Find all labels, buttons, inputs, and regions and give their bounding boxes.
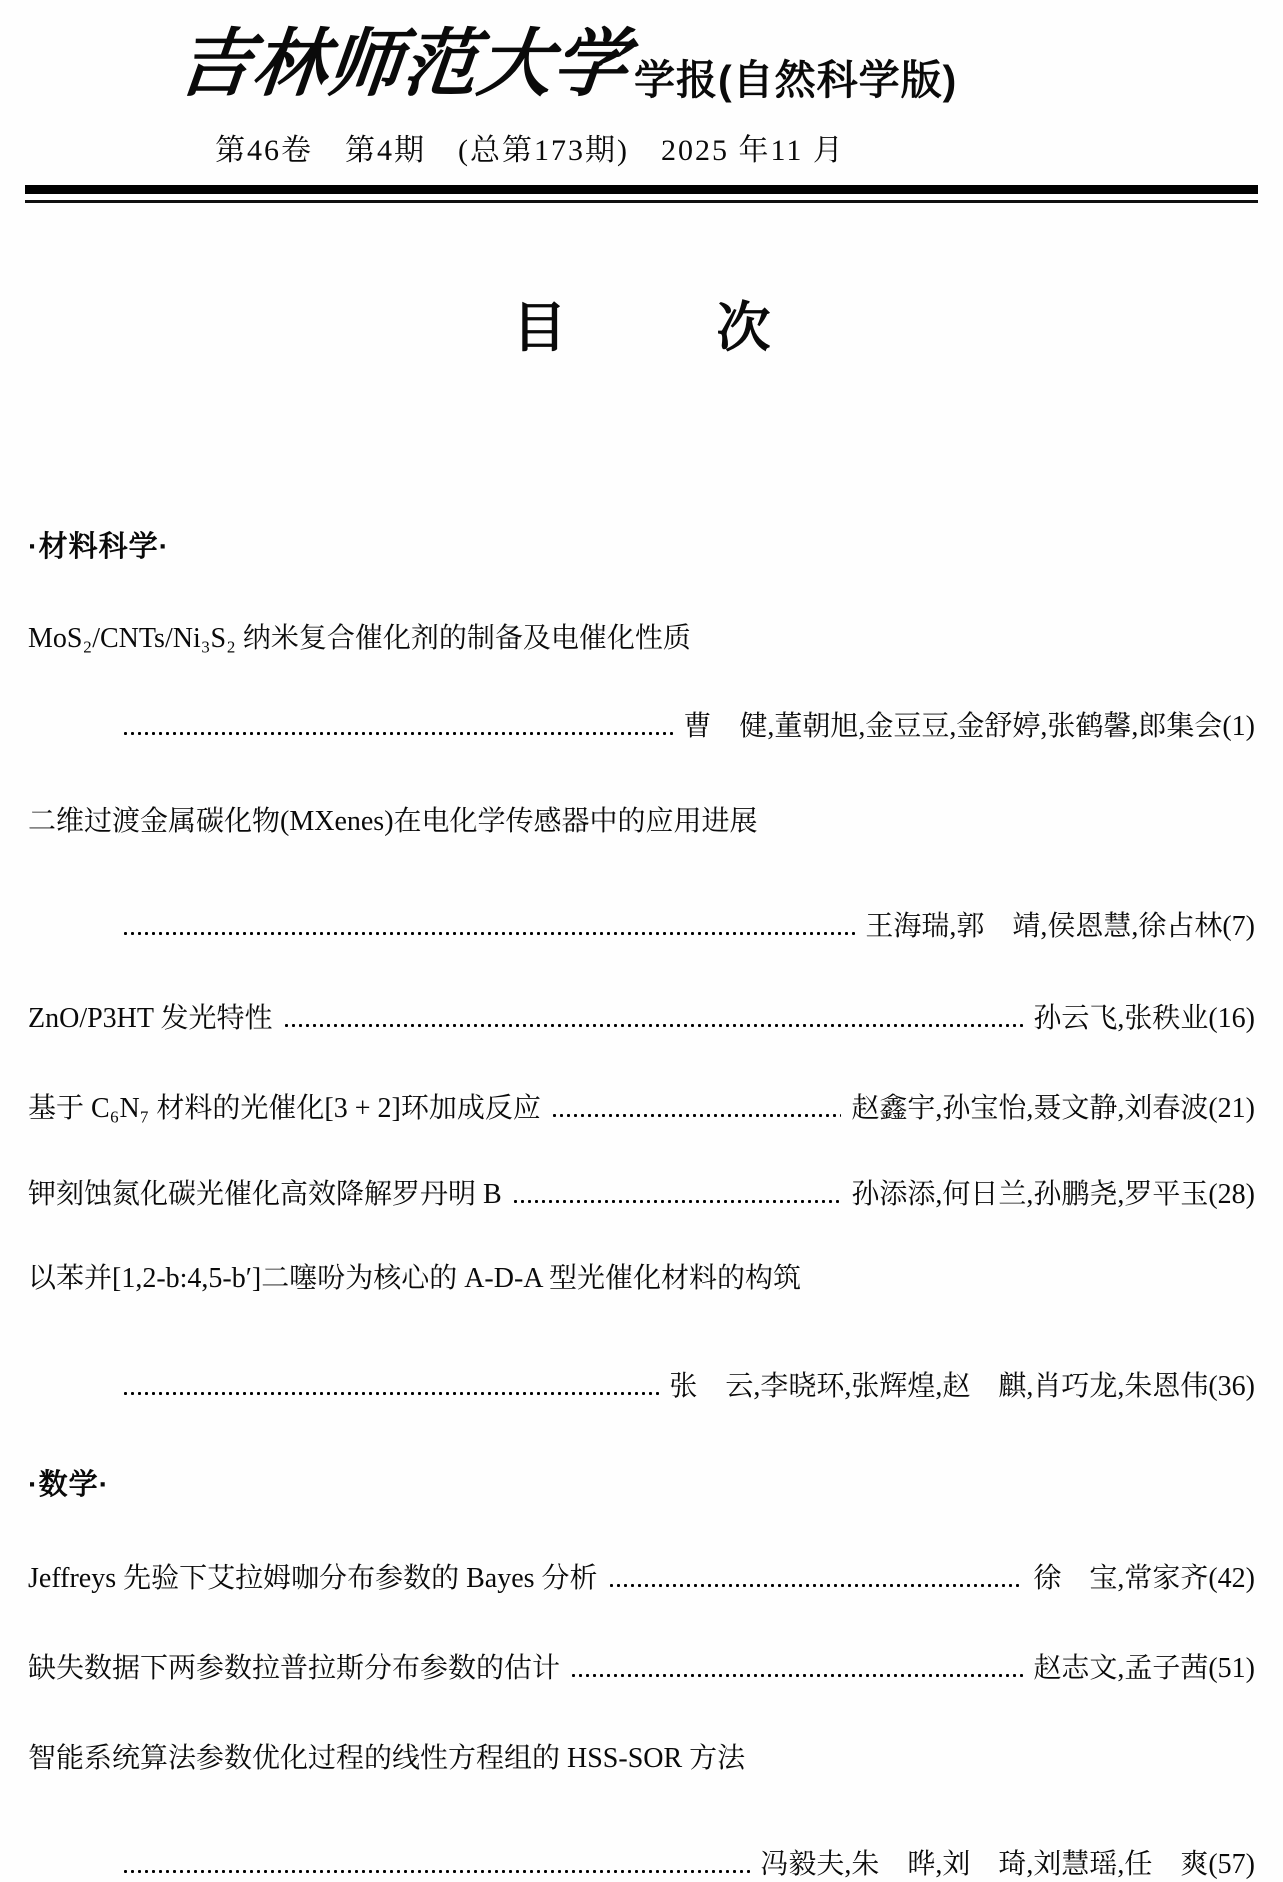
toc-entry-page: (36)	[1208, 1371, 1255, 1402]
authors-text: 孙云飞,张秩业	[1033, 1003, 1208, 1034]
toc-entry-title-text: 钾刻蚀氮化碳光催化高效降解罗丹明 B	[28, 1174, 502, 1216]
toc-entry-authors-line: 王海瑞,郭 靖,侯恩慧,徐占林(7)	[28, 906, 1255, 948]
toc-entry-authors: 王海瑞,郭 靖,侯恩慧,徐占林(7)	[865, 906, 1255, 948]
toc-entry: Jeffreys 先验下艾拉姆咖分布参数的 Bayes 分析 徐 宝,常家齐(4…	[28, 1558, 1255, 1600]
divider-thick-rule	[25, 185, 1258, 194]
dot-leader	[283, 1022, 1024, 1030]
toc-entry-title-text: MoS₂/CNTs/Ni₃S₂ 纳米复合催化剂的制备及电催化性质	[28, 618, 691, 660]
toc-entry-page: (51)	[1208, 1653, 1255, 1684]
authors-text: 张 云,李晓环,张辉煌,赵 麒,肖巧龙,朱恩伟	[669, 1371, 1208, 1402]
toc-entry-authors: 曹 健,董朝旭,金豆豆,金舒婷,张鹤馨,郎集会(1)	[683, 706, 1255, 748]
toc-entry: 钾刻蚀氮化碳光催化高效降解罗丹明 B 孙添添,何日兰,孙鹏尧,罗平玉(28)	[28, 1174, 1255, 1216]
divider-thin-rule	[25, 200, 1258, 203]
toc-entry-title-text: Jeffreys 先验下艾拉姆咖分布参数的 Bayes 分析	[28, 1558, 598, 1600]
toc-entry: ZnO/P3HT 发光特性 孙云飞,张秩业(16)	[28, 998, 1255, 1040]
header-divider	[25, 185, 1258, 203]
toc-entry-title-text: 智能系统算法参数优化过程的线性方程组的 HSS-SOR 方法	[28, 1738, 745, 1780]
authors-text: 孙添添,何日兰,孙鹏尧,罗平玉	[851, 1179, 1208, 1210]
dot-leader	[122, 1390, 659, 1398]
toc-entry-page: (16)	[1208, 1003, 1255, 1034]
authors-text: 赵鑫宇,孙宝怡,聂文静,刘春波	[851, 1093, 1208, 1124]
issue-line: 第46卷 第4期 (总第173期) 2025 年11 月	[150, 125, 910, 169]
toc-entry-authors: 孙添添,何日兰,孙鹏尧,罗平玉(28)	[851, 1174, 1255, 1216]
dot-leader	[122, 730, 673, 738]
authors-text: 赵志文,孟子茜	[1033, 1653, 1208, 1684]
contents-title-left-char: 目	[513, 299, 567, 358]
authors-text: 徐 宝,常家齐	[1033, 1563, 1208, 1594]
toc-entry-title-text: 缺失数据下两参数拉普拉斯分布参数的估计	[28, 1648, 560, 1690]
toc-entry-page: (28)	[1208, 1179, 1255, 1210]
toc-entry-title-text: 二维过渡金属碳化物(MXenes)在电化学传感器中的应用进展	[28, 801, 758, 843]
section-header-materials: ·材料科学·	[28, 526, 1255, 568]
journal-subtitle: 学报(自然科学版)	[628, 60, 957, 111]
journal-title-calligraphy: 吉林师范大学	[173, 18, 633, 111]
dot-leader	[570, 1672, 1023, 1680]
toc-entry: 基于 C₆N₇ 材料的光催化[3 + 2]环加成反应 赵鑫宇,孙宝怡,聂文静,刘…	[28, 1088, 1255, 1130]
toc-entry-authors: 徐 宝,常家齐(42)	[1033, 1558, 1255, 1600]
table-of-contents: ·材料科学· MoS₂/CNTs/Ni₃S₂ 纳米复合催化剂的制备及电催化性质 …	[28, 526, 1255, 1882]
toc-entry-authors: 赵鑫宇,孙宝怡,聂文静,刘春波(21)	[851, 1088, 1255, 1130]
toc-entry-page: (57)	[1208, 1849, 1255, 1880]
authors-text: 王海瑞,郭 靖,侯恩慧,徐占林	[865, 911, 1222, 942]
toc-entry-authors: 张 云,李晓环,张辉煌,赵 麒,肖巧龙,朱恩伟(36)	[669, 1366, 1255, 1408]
dot-leader	[122, 1868, 750, 1876]
toc-entry-authors-line: 张 云,李晓环,张辉煌,赵 麒,肖巧龙,朱恩伟(36)	[28, 1366, 1255, 1408]
contents-title: 目 次	[0, 299, 1283, 358]
toc-entry-page: (42)	[1208, 1563, 1255, 1594]
masthead: 吉林师范大学 学报(自然科学版)	[178, 0, 1283, 111]
contents-title-right-char: 次	[717, 299, 771, 358]
toc-entry-authors: 冯毅夫,朱 晔,刘 琦,刘慧瑶,任 爽(57)	[760, 1844, 1255, 1882]
authors-text: 冯毅夫,朱 晔,刘 琦,刘慧瑶,任 爽	[760, 1849, 1208, 1880]
toc-entry-title: 二维过渡金属碳化物(MXenes)在电化学传感器中的应用进展	[28, 801, 1255, 843]
section-header-math: ·数学·	[28, 1464, 1255, 1506]
toc-entry-title-text: 以苯并[1,2-b:4,5-b′]二噻吩为核心的 A-D-A 型光催化材料的构筑	[28, 1258, 801, 1300]
dot-leader	[512, 1198, 842, 1206]
toc-entry-title-text: 基于 C₆N₇ 材料的光催化[3 + 2]环加成反应	[28, 1088, 541, 1130]
toc-entry-title: MoS₂/CNTs/Ni₃S₂ 纳米复合催化剂的制备及电催化性质	[28, 618, 1255, 660]
toc-entry-title: 智能系统算法参数优化过程的线性方程组的 HSS-SOR 方法	[28, 1738, 1255, 1780]
toc-entry-title: 以苯并[1,2-b:4,5-b′]二噻吩为核心的 A-D-A 型光催化材料的构筑	[28, 1258, 1255, 1300]
dot-leader	[551, 1112, 841, 1120]
toc-entry-page: (1)	[1222, 711, 1255, 742]
toc-entry-authors: 孙云飞,张秩业(16)	[1033, 998, 1255, 1040]
toc-entry-authors: 赵志文,孟子茜(51)	[1033, 1648, 1255, 1690]
toc-entry-authors-line: 冯毅夫,朱 晔,刘 琦,刘慧瑶,任 爽(57)	[28, 1844, 1255, 1882]
journal-toc-page: 吉林师范大学 学报(自然科学版) 第46卷 第4期 (总第173期) 2025 …	[0, 0, 1283, 1882]
toc-entry: 缺失数据下两参数拉普拉斯分布参数的估计 赵志文,孟子茜(51)	[28, 1648, 1255, 1690]
dot-leader	[122, 930, 855, 938]
dot-leader	[608, 1582, 1024, 1590]
toc-entry-page: (7)	[1222, 911, 1255, 942]
toc-entry-page: (21)	[1208, 1093, 1255, 1124]
authors-text: 曹 健,董朝旭,金豆豆,金舒婷,张鹤馨,郎集会	[683, 711, 1222, 742]
toc-entry-authors-line: 曹 健,董朝旭,金豆豆,金舒婷,张鹤馨,郎集会(1)	[28, 706, 1255, 748]
toc-entry-title-text: ZnO/P3HT 发光特性	[28, 998, 273, 1040]
